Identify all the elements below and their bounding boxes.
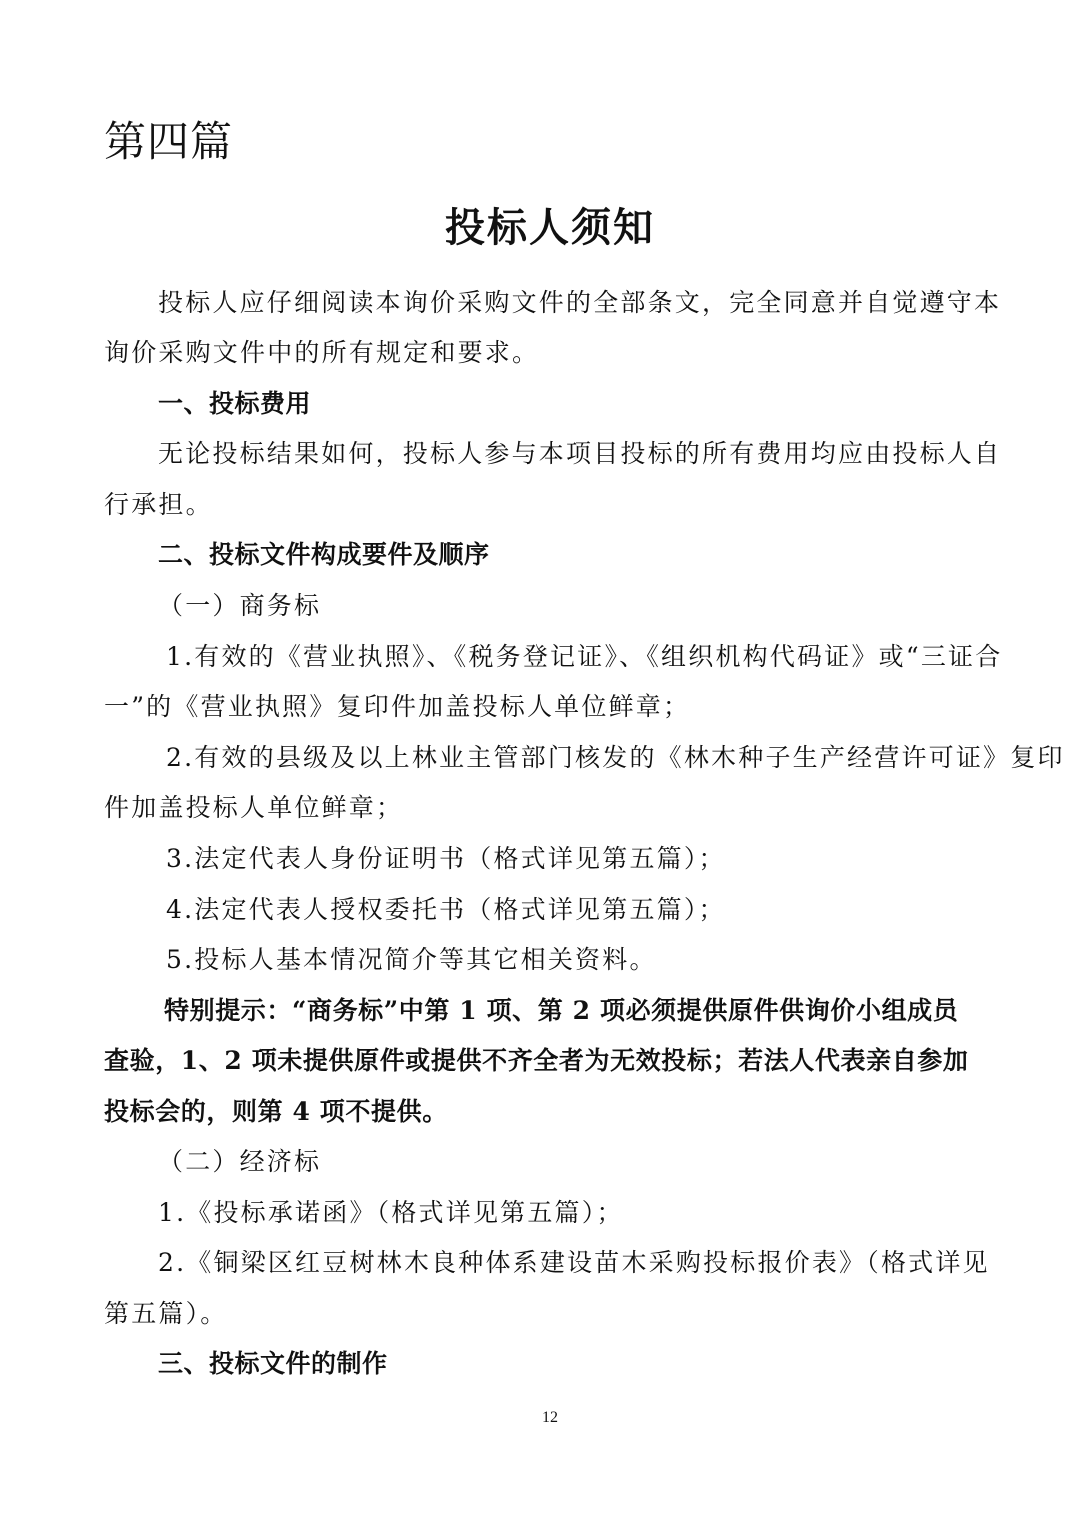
document-title: 投标人须知	[0, 198, 1074, 258]
list-item: 2.《铜梁区红豆树林木良种体系建设苗木采购投标报价表》（格式详见	[158, 1246, 990, 1280]
section-heading-1: 一、投标费用	[158, 387, 311, 421]
subsection-heading-commercial: （一）商务标	[158, 589, 321, 623]
part-title: 第四篇	[104, 112, 233, 172]
special-note-line: 查验，1、2 项未提供原件或提供不齐全者为无效投标；若法人代表亲自参加	[104, 1044, 969, 1078]
section-heading-3: 三、投标文件的制作	[158, 1347, 388, 1381]
special-note-line: 投标会的，则第 4 项不提供。	[104, 1095, 448, 1129]
document-page: 第四篇 投标人须知 投标人应仔细阅读本询价采购文件的全部条文，完全同意并自觉遵守…	[0, 0, 1074, 1520]
special-note-line: 特别提示：“商务标”中第 1 项、第 2 项必须提供原件供询价小组成员	[164, 994, 958, 1028]
list-item: 2.有效的县级及以上林业主管部门核发的《林木种子生产经营许可证》复印	[166, 741, 1065, 775]
list-item: 4.法定代表人授权委托书（格式详见第五篇）；	[166, 893, 726, 927]
paragraph-line: 询价采购文件中的所有规定和要求。	[104, 336, 539, 370]
list-item: 5.投标人基本情况简介等其它相关资料。	[166, 943, 657, 977]
page-number: 12	[0, 1408, 1074, 1428]
list-item: 1.《投标承诺函》（格式详见第五篇）；	[158, 1196, 624, 1230]
section-heading-2: 二、投标文件构成要件及顺序	[158, 538, 490, 572]
paragraph-line: 行承担。	[104, 488, 213, 522]
paragraph-line: 无论投标结果如何，投标人参与本项目投标的所有费用均应由投标人自	[158, 437, 1001, 471]
list-item-continuation: 件加盖投标人单位鲜章；	[104, 791, 403, 825]
subsection-heading-economic: （二）经济标	[158, 1145, 321, 1179]
list-item: 1.有效的《营业执照》、《税务登记证》、《组织机构代码证》或“三证合	[166, 640, 1002, 674]
list-item: 3.法定代表人身份证明书（格式详见第五篇）；	[166, 842, 726, 876]
list-item-continuation: 一”的《营业执照》复印件加盖投标人单位鲜章；	[104, 690, 690, 724]
list-item-continuation: 第五篇）。	[104, 1297, 228, 1331]
paragraph-line: 投标人应仔细阅读本询价采购文件的全部条文，完全同意并自觉遵守本	[158, 286, 1001, 320]
